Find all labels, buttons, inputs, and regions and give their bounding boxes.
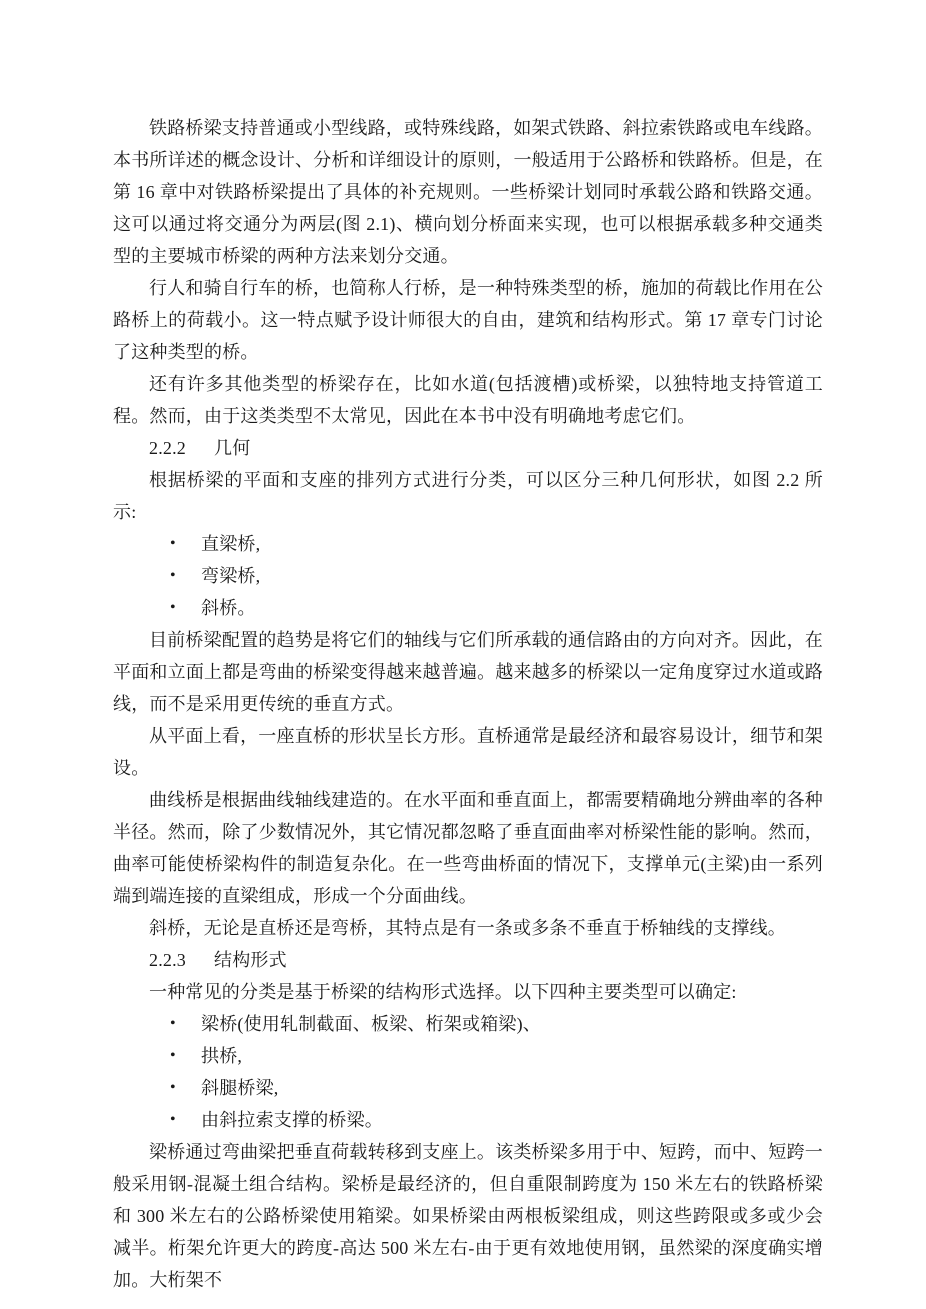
bullet-icon: • <box>170 592 176 624</box>
document-page: 铁路桥梁支持普通或小型线路，或特殊线路，如架式铁路、斜拉索铁路或电车线路。本书所… <box>113 112 823 1296</box>
paragraph-structural-classification: 一种常见的分类是基于桥梁的结构形式选择。以下四种主要类型可以确定: <box>113 976 823 1008</box>
list-item: •由斜拉索支撑的桥梁。 <box>113 1104 823 1136</box>
section-heading-geometry: 2.2.2几何 <box>113 432 823 464</box>
section-number: 2.2.2 <box>149 438 186 458</box>
list-item-text: 斜腿桥梁, <box>201 1078 279 1098</box>
bullet-icon: • <box>170 1104 176 1136</box>
list-item: •直梁桥, <box>113 528 823 560</box>
paragraph-curved-bridge: 曲线桥是根据曲线轴线建造的。在水平面和垂直面上，都需要精确地分辨曲率的各种半径。… <box>113 784 823 912</box>
bullet-icon: • <box>170 528 176 560</box>
list-item-text: 斜桥。 <box>201 598 256 618</box>
list-item-text: 直梁桥, <box>201 534 260 554</box>
list-item-text: 由斜拉索支撑的桥梁。 <box>201 1110 383 1130</box>
bullet-icon: • <box>170 1040 176 1072</box>
list-item-text: 弯梁桥, <box>201 566 260 586</box>
list-item-text: 拱桥, <box>201 1046 242 1066</box>
section-heading-structural-forms: 2.2.3结构形式 <box>113 944 823 976</box>
paragraph-railway-bridges: 铁路桥梁支持普通或小型线路，或特殊线路，如架式铁路、斜拉索铁路或电车线路。本书所… <box>113 112 823 272</box>
list-item: •弯梁桥, <box>113 560 823 592</box>
section-number: 2.2.3 <box>149 950 186 970</box>
bullet-list-structural-forms: •梁桥(使用轧制截面、板梁、桁架或箱梁)、 •拱桥, •斜腿桥梁, •由斜拉索支… <box>113 1008 823 1136</box>
list-item: •拱桥, <box>113 1040 823 1072</box>
bullet-icon: • <box>170 1072 176 1104</box>
paragraph-geometry-classification: 根据桥梁的平面和支座的排列方式进行分类，可以区分三种几何形状，如图 2.2 所示… <box>113 464 823 528</box>
paragraph-straight-bridge: 从平面上看，一座直桥的形状呈长方形。直桥通常是最经济和最容易设计，细节和架设。 <box>113 720 823 784</box>
paragraph-pedestrian-bridges: 行人和骑自行车的桥，也简称人行桥，是一种特殊类型的桥，施加的荷载比作用在公路桥上… <box>113 272 823 368</box>
paragraph-other-bridge-types: 还有许多其他类型的桥梁存在，比如水道(包括渡槽)或桥梁，以独特地支持管道工程。然… <box>113 368 823 432</box>
list-item: •梁桥(使用轧制截面、板梁、桁架或箱梁)、 <box>113 1008 823 1040</box>
section-title: 结构形式 <box>214 950 287 970</box>
paragraph-beam-bridges: 梁桥通过弯曲梁把垂直荷载转移到支座上。该类桥梁多用于中、短跨，而中、短跨一般采用… <box>113 1136 823 1296</box>
bullet-list-geometry: •直梁桥, •弯梁桥, •斜桥。 <box>113 528 823 624</box>
section-title: 几何 <box>214 438 250 458</box>
bullet-icon: • <box>170 560 176 592</box>
list-item-text: 梁桥(使用轧制截面、板梁、桁架或箱梁)、 <box>201 1014 541 1034</box>
paragraph-alignment-trend: 目前桥梁配置的趋势是将它们的轴线与它们所承载的通信路由的方向对齐。因此，在平面和… <box>113 624 823 720</box>
list-item: •斜桥。 <box>113 592 823 624</box>
list-item: •斜腿桥梁, <box>113 1072 823 1104</box>
paragraph-skew-bridge: 斜桥，无论是直桥还是弯桥，其特点是有一条或多条不垂直于桥轴线的支撑线。 <box>113 912 823 944</box>
bullet-icon: • <box>170 1008 176 1040</box>
